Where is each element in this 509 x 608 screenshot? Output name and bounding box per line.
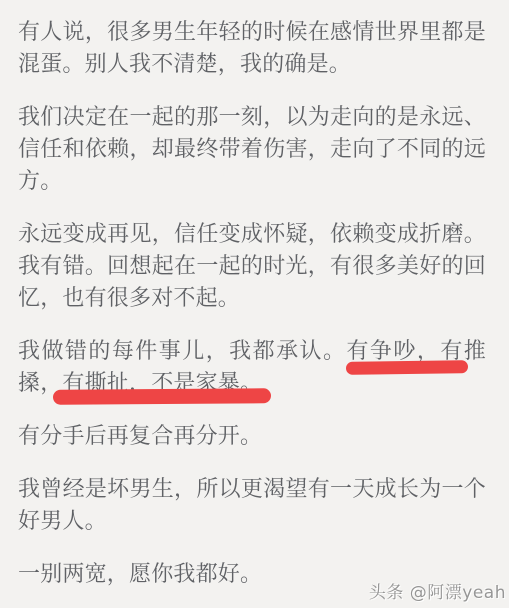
article-page: 有人说，很多男生年轻的时候在感情世界里都是混蛋。别人我不清楚，我的确是。 我们决… <box>0 0 509 608</box>
paragraph-5: 有分手后再复合再分开。 <box>18 421 486 453</box>
paragraph-2: 我们决定在一起的那一刻，以为走向的是永远、信任和依赖，却最终带着伤害，走向了不同… <box>18 102 486 198</box>
watermark-text: 头条 @阿漂yeah <box>369 583 506 603</box>
watermark: 头条 @阿漂yeah <box>369 583 506 603</box>
red-underline-stroke-2 <box>53 388 271 405</box>
paragraph-6: 我曾经是坏男生，所以更渴望有一天成长为一个好男人。 <box>18 474 486 538</box>
paragraph-3: 永远变成再见，信任变成怀疑，依赖变成折磨。我有错。回想起在一起的时光，有很多美好… <box>18 219 486 315</box>
article-text: 有人说，很多男生年轻的时候在感情世界里都是混蛋。别人我不清楚，我的确是。 我们决… <box>18 17 486 608</box>
paragraph-1: 有人说，很多男生年轻的时候在感情世界里都是混蛋。别人我不清楚，我的确是。 <box>18 17 486 81</box>
red-underline-stroke-1 <box>346 360 468 375</box>
